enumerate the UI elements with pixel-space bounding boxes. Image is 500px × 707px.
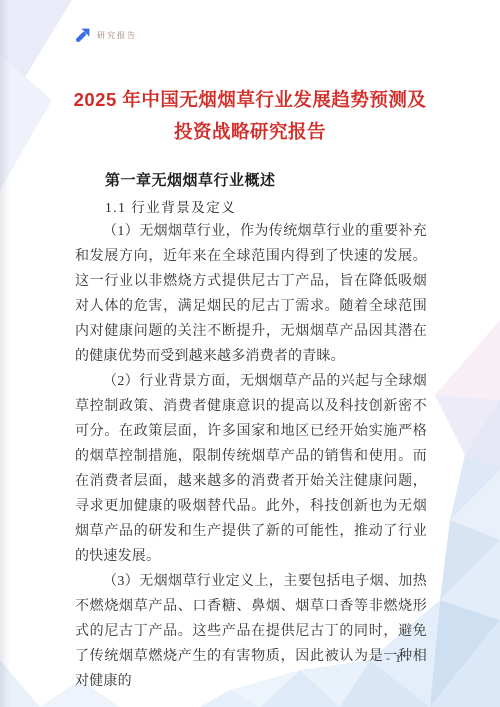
brand-header: 研究报告 xyxy=(75,27,137,43)
brand-label: 研究报告 xyxy=(97,30,137,41)
paragraph-3: （3）无烟烟草行业定义上，主要包括电子烟、加热不燃烧烟草产品、口香糖、鼻烟、烟草… xyxy=(75,569,427,694)
section-heading: 1.1 行业背景及定义 xyxy=(105,196,236,216)
report-title: 2025 年中国无烟烟草行业发展趋势预测及 投资战略研究报告 xyxy=(50,84,450,148)
paragraph-2: （2）行业背景方面，无烟烟草产品的兴起与全球烟草控制政策、消费者健康意识的提高以… xyxy=(75,369,427,569)
report-title-line1: 2025 年中国无烟烟草行业发展趋势预测及 xyxy=(50,84,450,116)
arrow-up-right-logo-icon xyxy=(75,27,91,43)
body-text: （1）无烟烟草行业，作为传统烟草行业的重要补充和发展方向，近年来在全球范围内得到… xyxy=(75,219,427,694)
report-title-line2: 投资战略研究报告 xyxy=(50,116,450,148)
report-page: 研究报告 2025 年中国无烟烟草行业发展趋势预测及 投资战略研究报告 第一章无… xyxy=(0,0,500,707)
page-number: - 1 - xyxy=(386,651,411,666)
paragraph-1: （1）无烟烟草行业，作为传统烟草行业的重要补充和发展方向，近年来在全球范围内得到… xyxy=(75,219,427,369)
chapter-heading: 第一章无烟烟草行业概述 xyxy=(105,169,276,190)
page-content: 研究报告 2025 年中国无烟烟草行业发展趋势预测及 投资战略研究报告 第一章无… xyxy=(0,0,500,707)
